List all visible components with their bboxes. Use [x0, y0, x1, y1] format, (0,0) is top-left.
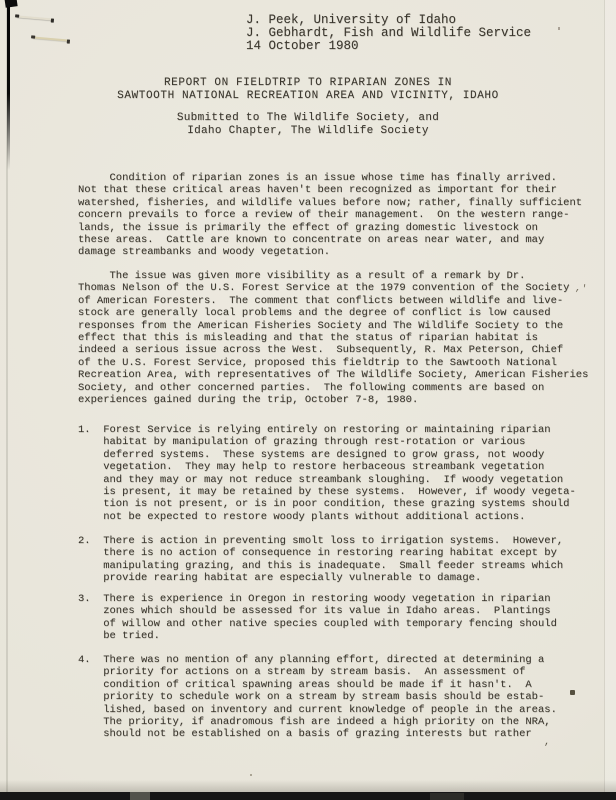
- scan-left-edge-shadow: [7, 0, 10, 170]
- scan-edge-notch: [130, 792, 150, 800]
- numbered-item-2: 2. There is action in preventing smolt l…: [78, 535, 563, 585]
- scan-corner-mark: [4, 0, 17, 8]
- author-block: J. Peek, University of Idaho J. Gebhardt…: [246, 14, 531, 54]
- paragraph-1: Condition of riparian zones is an issue …: [78, 172, 582, 259]
- pencil-tick-mark: ,': [574, 283, 587, 296]
- scan-edge-notch: [430, 793, 464, 800]
- submitted-to-block: Submitted to The Wildlife Society, and I…: [0, 112, 616, 138]
- staple-icon: [31, 34, 70, 44]
- paper-speck: [558, 27, 560, 30]
- scan-bottom-edge: [0, 792, 616, 800]
- report-title: REPORT ON FIELDTRIP TO RIPARIAN ZONES IN…: [0, 77, 616, 103]
- scan-right-edge-strip: [605, 0, 616, 800]
- pencil-smudge-mark: [570, 690, 575, 695]
- scanned-page: J. Peek, University of Idaho J. Gebhardt…: [0, 0, 616, 800]
- numbered-item-4: 4. There was no mention of any planning …: [78, 654, 557, 741]
- pencil-comma-mark: ,: [544, 737, 550, 748]
- paragraph-2: The issue was given more visibility as a…: [78, 270, 588, 406]
- staple-icon: [15, 13, 54, 23]
- paper-speck: [250, 774, 252, 776]
- numbered-item-1: 1. Forest Service is relying entirely on…: [78, 424, 576, 523]
- paper-sheet: J. Peek, University of Idaho J. Gebhardt…: [0, 0, 616, 800]
- numbered-item-3: 3. There is experience in Oregon in rest…: [78, 593, 557, 643]
- scan-bottom-shadow: [0, 780, 616, 792]
